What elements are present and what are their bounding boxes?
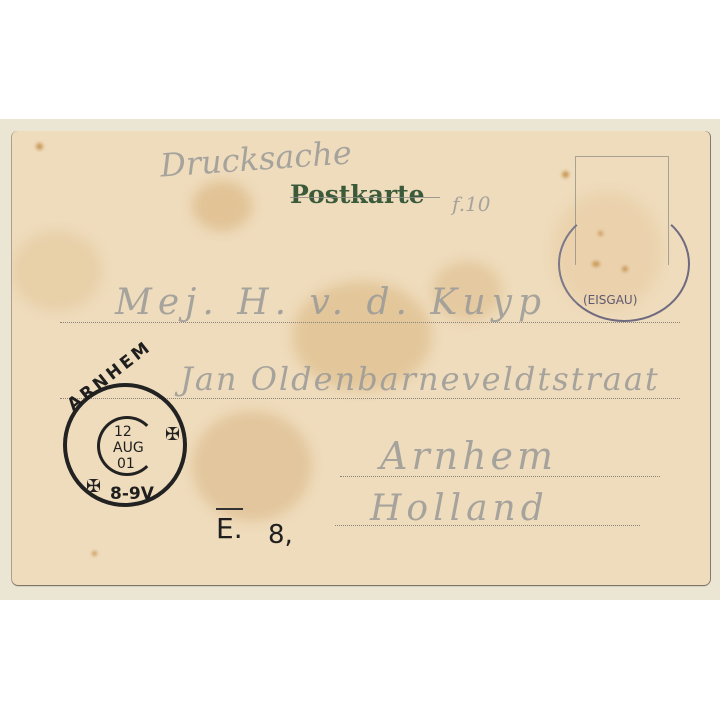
foxing-spot xyxy=(36,143,43,150)
postkarte-title: Postkarte xyxy=(290,180,425,209)
stain xyxy=(12,231,102,311)
departure-postmark-text: (EISGAU) xyxy=(583,293,637,307)
foxing-spot xyxy=(92,551,97,556)
address-line1-text: Mej. H. v. d. Kuyp xyxy=(115,282,547,323)
address-line2-text: Jan Oldenbarneveldtstraat xyxy=(180,360,660,398)
stain xyxy=(192,411,312,521)
postmark-year: 01 xyxy=(117,456,135,472)
pencil-note-side: f.10 xyxy=(452,192,491,216)
cross-ornament-icon: ✠ xyxy=(86,476,101,497)
foxing-spot xyxy=(562,171,569,178)
cross-ornament-icon: ✠ xyxy=(165,424,180,445)
pencil-strikethrough xyxy=(290,197,440,198)
address-line4-text: Holland xyxy=(370,488,549,529)
postmark-day: 12 xyxy=(114,424,132,440)
handstamp-number: 8, xyxy=(268,520,293,550)
address-line3-text: Arnhem xyxy=(380,434,557,478)
stain xyxy=(192,181,252,231)
handstamp-letter: E. xyxy=(216,508,243,545)
postmark-month: AUG xyxy=(113,440,144,456)
postmark-time: 8-9V xyxy=(110,484,154,504)
